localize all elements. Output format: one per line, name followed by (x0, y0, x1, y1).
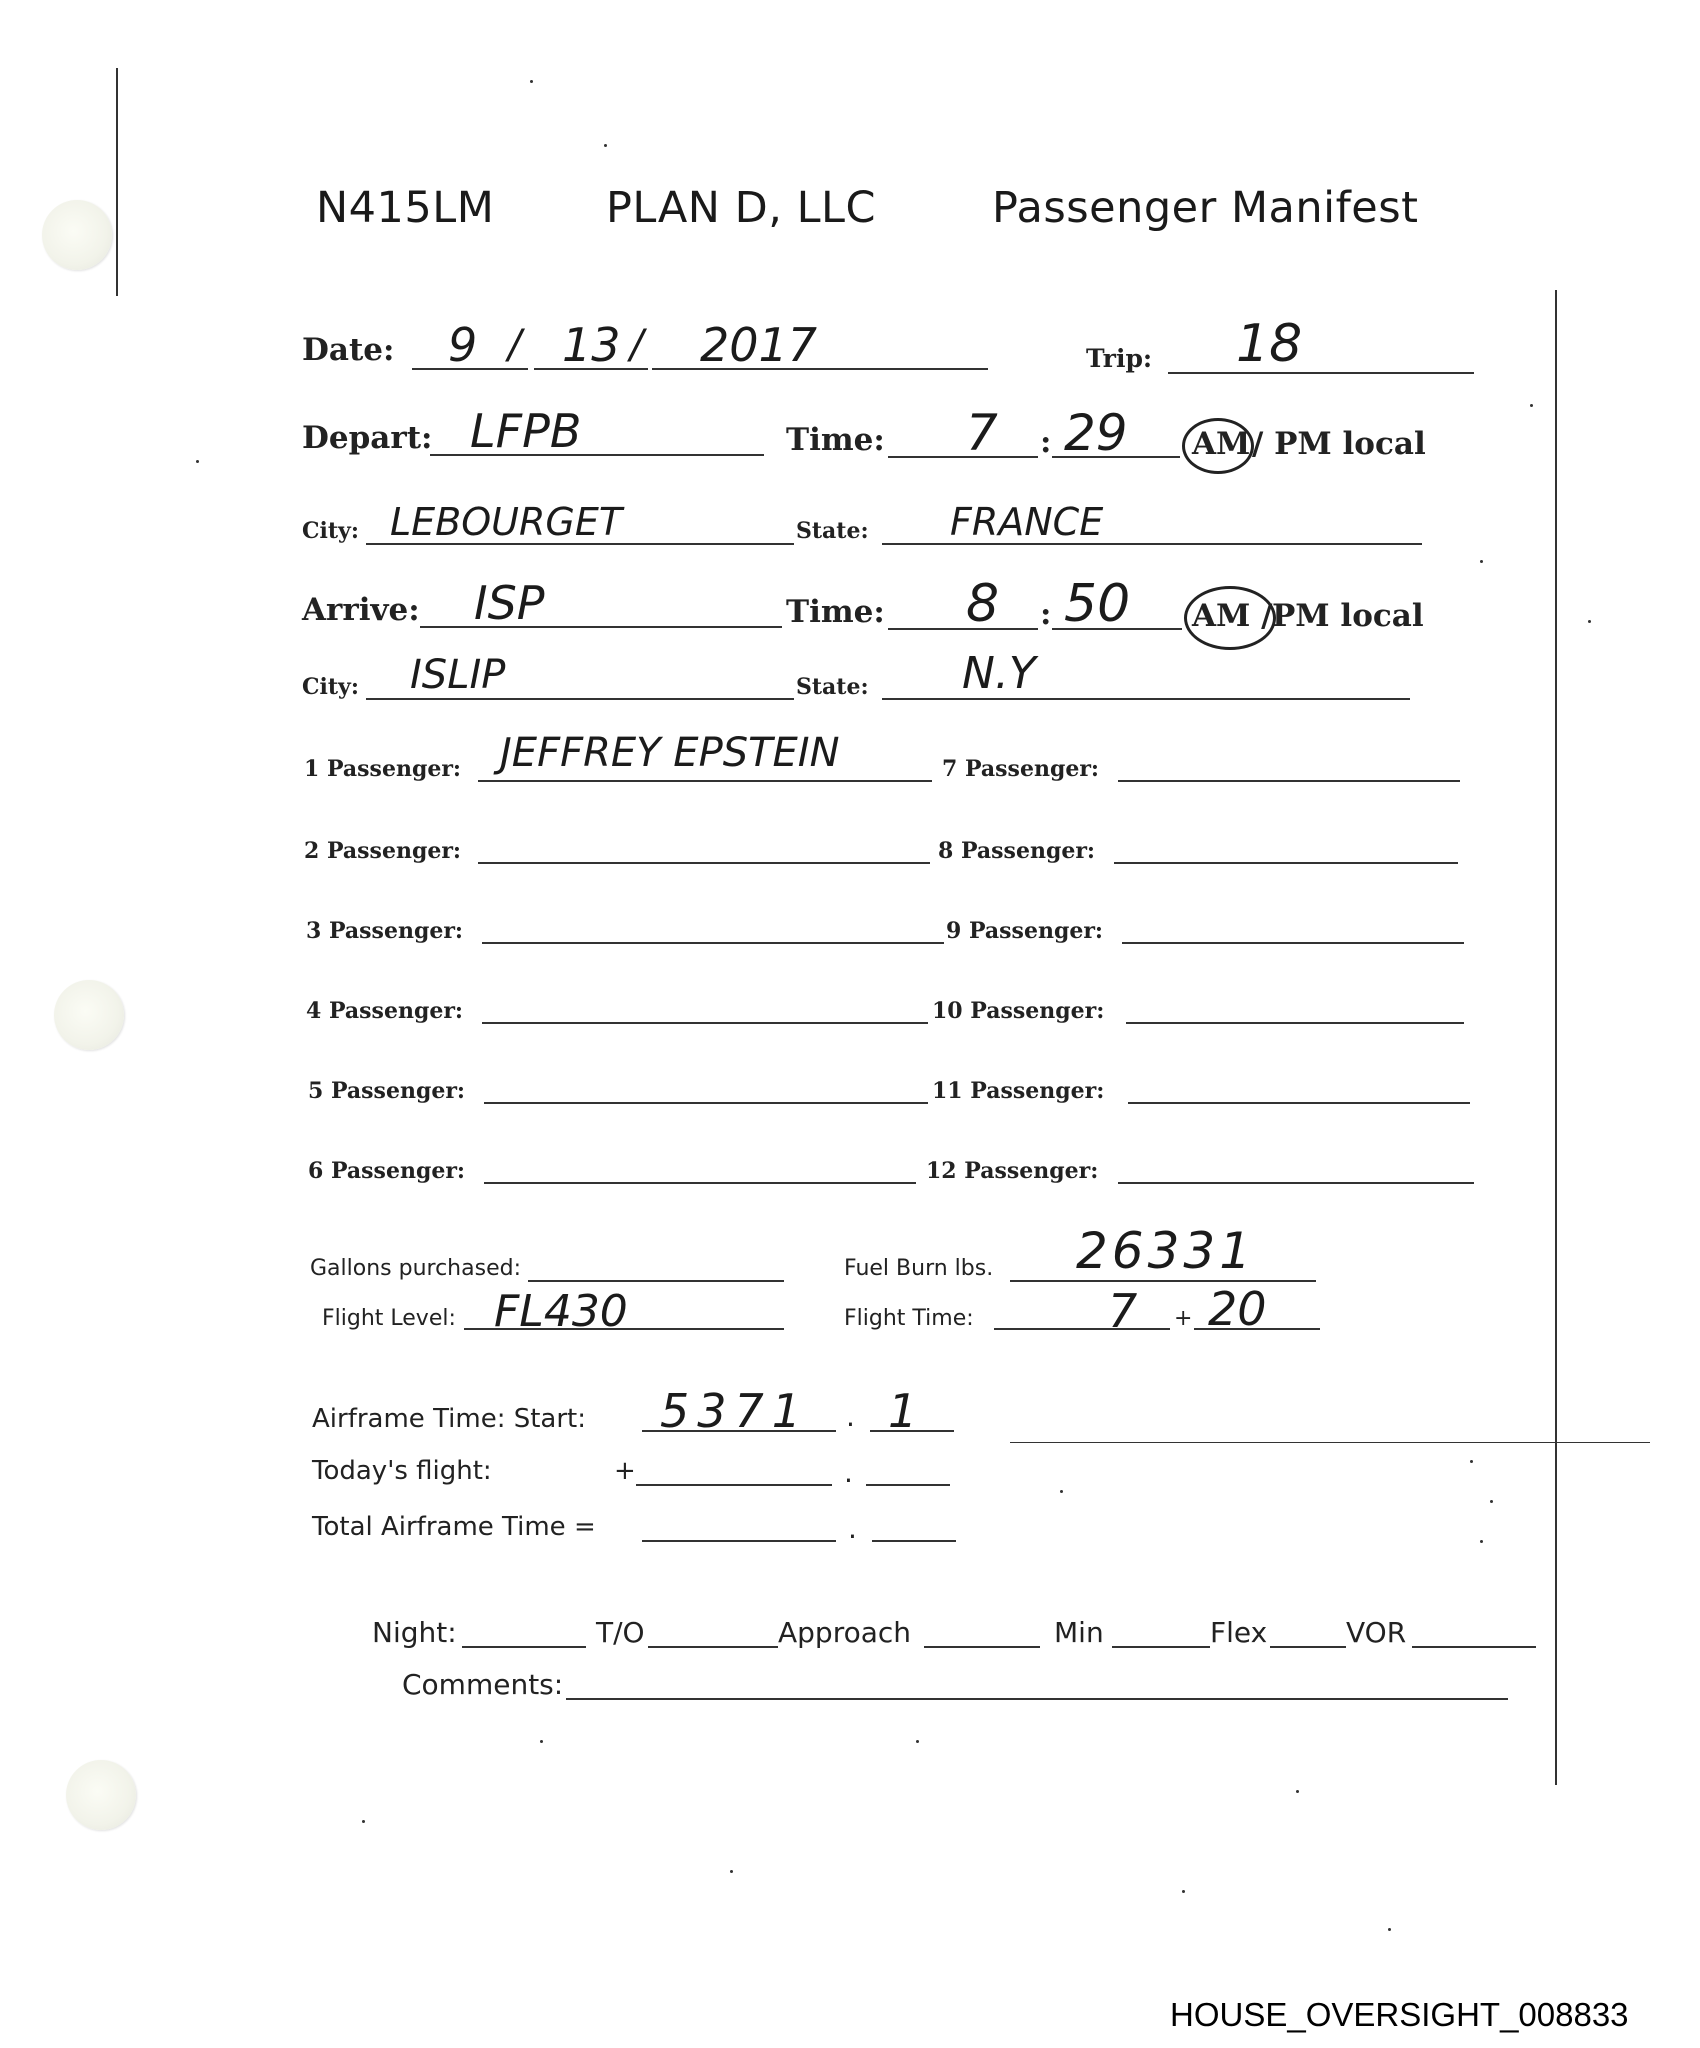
passenger-9-line[interactable] (1122, 942, 1464, 944)
flight-time-hours-line (994, 1328, 1170, 1330)
airframe-start-whole-field[interactable]: 5371 (660, 1384, 809, 1438)
passenger-4-label: 4 Passenger: (306, 998, 463, 1024)
passenger-10-label: 10 Passenger: (932, 998, 1104, 1024)
night-line[interactable] (462, 1646, 586, 1648)
passenger-6-label: 6 Passenger: (308, 1158, 465, 1184)
arrive-minute-field[interactable]: 50 (1064, 574, 1130, 634)
passenger-11-line[interactable] (1128, 1102, 1470, 1104)
to-label: T/O (596, 1616, 645, 1649)
right-margin-rule (1555, 290, 1557, 1785)
to-line[interactable] (648, 1646, 778, 1648)
min-label: Min (1054, 1616, 1104, 1649)
date-label: Date: (302, 332, 394, 368)
arrive-airport-field[interactable]: ISP (474, 576, 545, 630)
arrive-city-line (366, 698, 794, 700)
passenger-10-line[interactable] (1126, 1022, 1464, 1024)
date-month-field[interactable]: 9 (448, 318, 477, 372)
depart-label: Depart: (302, 420, 432, 456)
document-title: Passenger Manifest (992, 183, 1418, 233)
scan-speck (530, 80, 533, 83)
flight-time-label: Flight Time: (844, 1306, 974, 1331)
arrive-am-selected-circle (1184, 586, 1276, 650)
passenger-5-line[interactable] (484, 1102, 928, 1104)
date-sep-1: / (508, 322, 521, 368)
flight-level-field[interactable]: FL430 (494, 1286, 628, 1337)
passenger-2-label: 2 Passenger: (304, 838, 461, 864)
gallons-purchased-label: Gallons purchased: (310, 1256, 521, 1281)
depart-pm-local-option[interactable]: / PM local (1252, 426, 1426, 462)
depart-city-label: City: (302, 518, 359, 544)
scan-speck (1588, 620, 1591, 623)
scan-speck (1388, 1928, 1391, 1931)
date-day-field[interactable]: 13 (562, 318, 621, 372)
arrive-time-colon: : (1040, 596, 1051, 632)
airframe-start-dot: . (846, 1400, 855, 1433)
flight-time-minutes-field[interactable]: 20 (1208, 1282, 1267, 1336)
fuel-burn-label: Fuel Burn lbs. (844, 1256, 993, 1281)
depart-state-label: State: (796, 518, 869, 544)
scan-speck (362, 1820, 365, 1823)
trip-line (1168, 372, 1474, 374)
total-airframe-dot: . (848, 1512, 857, 1545)
bates-number: HOUSE_OVERSIGHT_008833 (1170, 1996, 1629, 2034)
depart-hour-line (888, 456, 1038, 458)
arrive-state-label: State: (796, 674, 869, 700)
scan-speck (196, 460, 199, 463)
scan-speck (1060, 1490, 1063, 1493)
date-year-field[interactable]: 2017 (700, 318, 817, 372)
scan-speck (1470, 1460, 1473, 1463)
flight-time-plus: + (1174, 1306, 1192, 1331)
company-name: PLAN D, LLC (606, 183, 876, 233)
passenger-2-line[interactable] (478, 862, 930, 864)
flex-label: Flex (1210, 1616, 1267, 1649)
passenger-3-label: 3 Passenger: (306, 918, 463, 944)
scan-speck (916, 1740, 919, 1743)
passenger-4-line[interactable] (482, 1022, 928, 1024)
comments-line[interactable] (566, 1698, 1508, 1700)
total-airframe-tenths-line[interactable] (872, 1540, 956, 1542)
arrive-label: Arrive: (302, 592, 420, 628)
date-sep-2: / (630, 322, 643, 368)
depart-state-field[interactable]: FRANCE (950, 500, 1103, 544)
approach-line[interactable] (924, 1646, 1040, 1648)
arrive-city-field[interactable]: ISLIP (410, 652, 505, 698)
night-label: Night: (372, 1616, 457, 1649)
flight-time-hours-field[interactable]: 7 (1108, 1284, 1137, 1338)
total-airframe-label: Total Airframe Time = (312, 1512, 596, 1542)
todays-flight-tenths-line[interactable] (866, 1484, 950, 1486)
depart-hour-field[interactable]: 7 (966, 404, 998, 462)
trip-label: Trip: (1086, 344, 1152, 373)
depart-airport-field[interactable]: LFPB (470, 404, 581, 458)
scan-speck (730, 1870, 733, 1873)
depart-city-field[interactable]: LEBOURGET (390, 500, 622, 544)
todays-flight-whole-line[interactable] (636, 1484, 832, 1486)
airframe-start-tenths-field[interactable]: 1 (888, 1384, 917, 1438)
punch-hole-bottom (66, 1760, 136, 1830)
passenger-3-line[interactable] (482, 942, 944, 944)
passenger-9-label: 9 Passenger: (946, 918, 1103, 944)
fuel-burn-line (1010, 1280, 1316, 1282)
scan-speck (1480, 1540, 1483, 1543)
passenger-1-label: 1 Passenger: (304, 756, 461, 782)
right-horizontal-rule (1010, 1442, 1650, 1443)
scan-speck (1490, 1500, 1493, 1503)
passenger-5-label: 5 Passenger: (308, 1078, 465, 1104)
depart-time-label: Time: (786, 422, 885, 458)
punch-hole-middle (54, 980, 124, 1050)
scan-speck (1182, 1890, 1185, 1893)
passenger-1-line (478, 780, 932, 782)
trip-field[interactable]: 18 (1236, 314, 1302, 374)
flex-line[interactable] (1270, 1646, 1346, 1648)
vor-line[interactable] (1412, 1646, 1536, 1648)
passenger-8-label: 8 Passenger: (938, 838, 1095, 864)
tail-number: N415LM (316, 183, 494, 233)
min-line[interactable] (1112, 1646, 1210, 1648)
passenger-1-field[interactable]: JEFFREY EPSTEIN (500, 730, 840, 776)
todays-flight-plus: + (614, 1456, 636, 1486)
flight-level-label: Flight Level: (322, 1306, 456, 1331)
airframe-start-label: Airframe Time: Start: (312, 1404, 586, 1434)
left-margin-rule (116, 68, 118, 296)
vor-label: VOR (1346, 1616, 1406, 1649)
passenger-12-label: 12 Passenger: (926, 1158, 1098, 1184)
depart-time-colon: : (1040, 424, 1051, 460)
gallons-purchased-line[interactable] (528, 1280, 784, 1282)
depart-minute-field[interactable]: 29 (1064, 404, 1128, 462)
approach-label: Approach (778, 1616, 911, 1649)
scan-speck (1480, 560, 1483, 563)
scan-speck (604, 144, 607, 147)
passenger-7-line[interactable] (1118, 780, 1460, 782)
passenger-6-line[interactable] (484, 1182, 916, 1184)
passenger-12-line[interactable] (1118, 1182, 1474, 1184)
total-airframe-whole-line[interactable] (642, 1540, 836, 1542)
arrive-hour-field[interactable]: 8 (966, 574, 999, 634)
passenger-8-line[interactable] (1114, 862, 1458, 864)
todays-flight-dot: . (844, 1456, 853, 1489)
arrive-hour-line (888, 628, 1038, 630)
arrive-state-field[interactable]: N.Y (962, 648, 1036, 699)
scan-speck (1296, 1790, 1299, 1793)
arrive-city-label: City: (302, 674, 359, 700)
todays-flight-label: Today's flight: (312, 1456, 492, 1486)
fuel-burn-field[interactable]: 26331 (1076, 1222, 1255, 1280)
comments-label: Comments: (402, 1668, 563, 1701)
depart-am-selected-circle (1182, 418, 1254, 474)
scan-speck (540, 1740, 543, 1743)
passenger-11-label: 11 Passenger: (932, 1078, 1104, 1104)
scan-speck (1530, 404, 1533, 407)
arrive-time-label: Time: (786, 594, 885, 630)
arrive-pm-local-option[interactable]: PM local (1272, 598, 1424, 634)
passenger-7-label: 7 Passenger: (942, 756, 1099, 782)
punch-hole-top (42, 200, 112, 270)
